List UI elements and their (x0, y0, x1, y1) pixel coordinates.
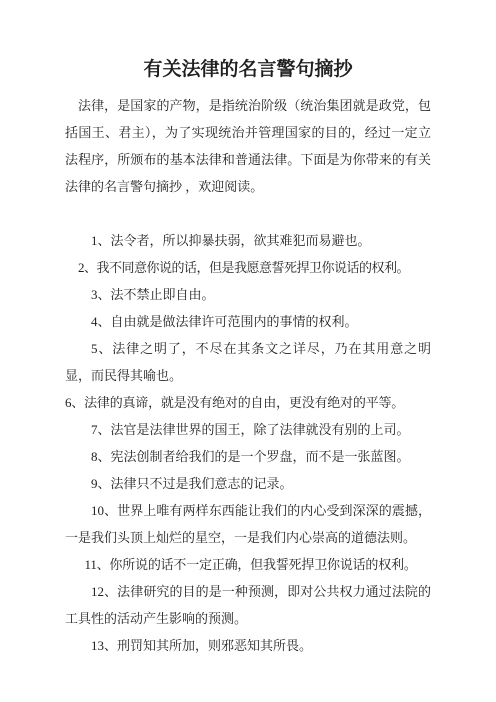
quote-item-5: 5、法律之明了，不尽在其条文之详尽，乃在其用意之明显，而民得其喻也。 (65, 335, 431, 389)
quote-item-12: 12、法律研究的目的是一种预测，即对公共权力通过法院的工具性的活动产生影响的预测… (65, 578, 431, 632)
quote-item-11: 11、你所说的话不一定正确，但我誓死捍卫你说话的权利。 (65, 551, 431, 578)
document-title: 有关法律的名言警句摘抄 (65, 56, 431, 84)
quote-item-10: 10、世界上唯有两样东西能让我们的内心受到深深的震撼，一是我们头顶上灿烂的星空，… (65, 497, 431, 551)
quote-item-6: 6、法律的真谛，就是没有绝对的自由，更没有绝对的平等。 (65, 389, 431, 416)
quote-item-4: 4、自由就是做法律许可范围内的事情的权利。 (65, 308, 431, 335)
quote-item-7: 7、法官是法律世界的国王，除了法律就没有别的上司。 (65, 416, 431, 443)
quote-list: 1、法令者，所以抑暴扶弱，欲其难犯而易避也。 2、我不同意你说的话，但是我愿意誓… (65, 227, 431, 659)
quote-item-2: 2、我不同意你说的话，但是我愿意誓死捍卫你说话的权利。 (65, 254, 431, 281)
quote-item-3: 3、法不禁止即自由。 (65, 281, 431, 308)
quote-item-13: 13、刑罚知其所加，则邪恶知其所畏。 (65, 632, 431, 659)
document-page: 有关法律的名言警句摘抄 法律，是国家的产物，是指统治阶级（统治集团就是政党，包括… (0, 0, 496, 702)
paragraph-spacer (65, 200, 431, 227)
quote-item-8: 8、宪法创制者给我们的是一个罗盘，而不是一张蓝图。 (65, 443, 431, 470)
quote-item-9: 9、法律只不过是我们意志的记录。 (65, 470, 431, 497)
quote-item-1: 1、法令者，所以抑暴扶弱，欲其难犯而易避也。 (65, 227, 431, 254)
intro-paragraph: 法律，是国家的产物，是指统治阶级（统治集团就是政党，包括国王、君主），为了实现统… (65, 92, 431, 200)
